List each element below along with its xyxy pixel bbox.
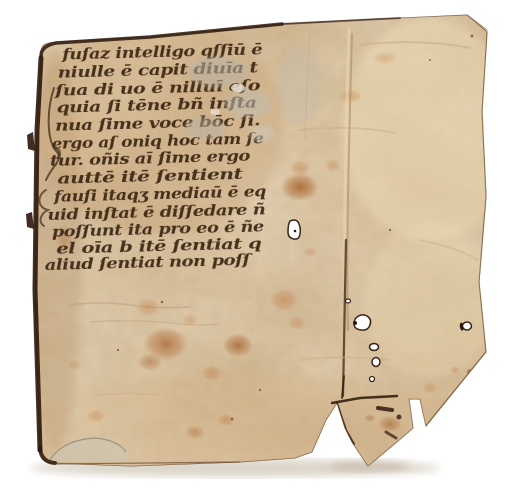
hole [288, 220, 300, 239]
hole [346, 299, 351, 303]
light-patch-mid-right [364, 222, 496, 378]
hole [372, 358, 380, 367]
parchment-surface: fuſaz intelligo qſſiū ē niulle ē capit d… [20, 14, 510, 490]
stain [281, 173, 319, 201]
abrasion [278, 47, 322, 123]
stain [223, 333, 253, 357]
flap-mark [397, 415, 402, 420]
stain [450, 366, 460, 374]
stain [182, 314, 198, 326]
hole [370, 377, 375, 382]
stain [68, 360, 82, 370]
flap-mark [378, 408, 392, 410]
hole [370, 344, 379, 351]
stain [288, 316, 306, 330]
stain [87, 409, 105, 423]
abrasion-fleck [231, 84, 245, 92]
stain [422, 382, 438, 394]
stain [138, 353, 162, 371]
abrasion [188, 57, 248, 87]
speck [161, 301, 164, 304]
stain [137, 298, 159, 316]
speck [259, 389, 261, 391]
speck [471, 35, 474, 38]
hole-detail [294, 230, 297, 233]
stain [185, 425, 205, 439]
abrasion [249, 126, 275, 142]
edge-notch [26, 212, 34, 229]
stain [202, 365, 222, 381]
stain [325, 160, 341, 172]
stain [290, 160, 310, 176]
stain [364, 414, 376, 422]
speck [389, 229, 391, 231]
stain [333, 435, 347, 445]
abrasion [224, 91, 272, 117]
stain [270, 289, 298, 311]
edge-notch [27, 132, 35, 151]
photo-of-manuscript-fragment: fuſaz intelligo qſſiū ē niulle ē capit d… [0, 0, 510, 492]
speck [117, 349, 119, 351]
abrasion [185, 117, 225, 139]
speck [429, 59, 431, 61]
manuscript-fragment-image: fuſaz intelligo qſſiū ē niulle ē capit d… [0, 0, 510, 492]
hole-detail [353, 321, 357, 325]
speck [231, 418, 234, 421]
stain [303, 247, 317, 257]
hole [463, 322, 472, 330]
abrasion-fleck [210, 109, 220, 115]
stain [373, 52, 397, 64]
